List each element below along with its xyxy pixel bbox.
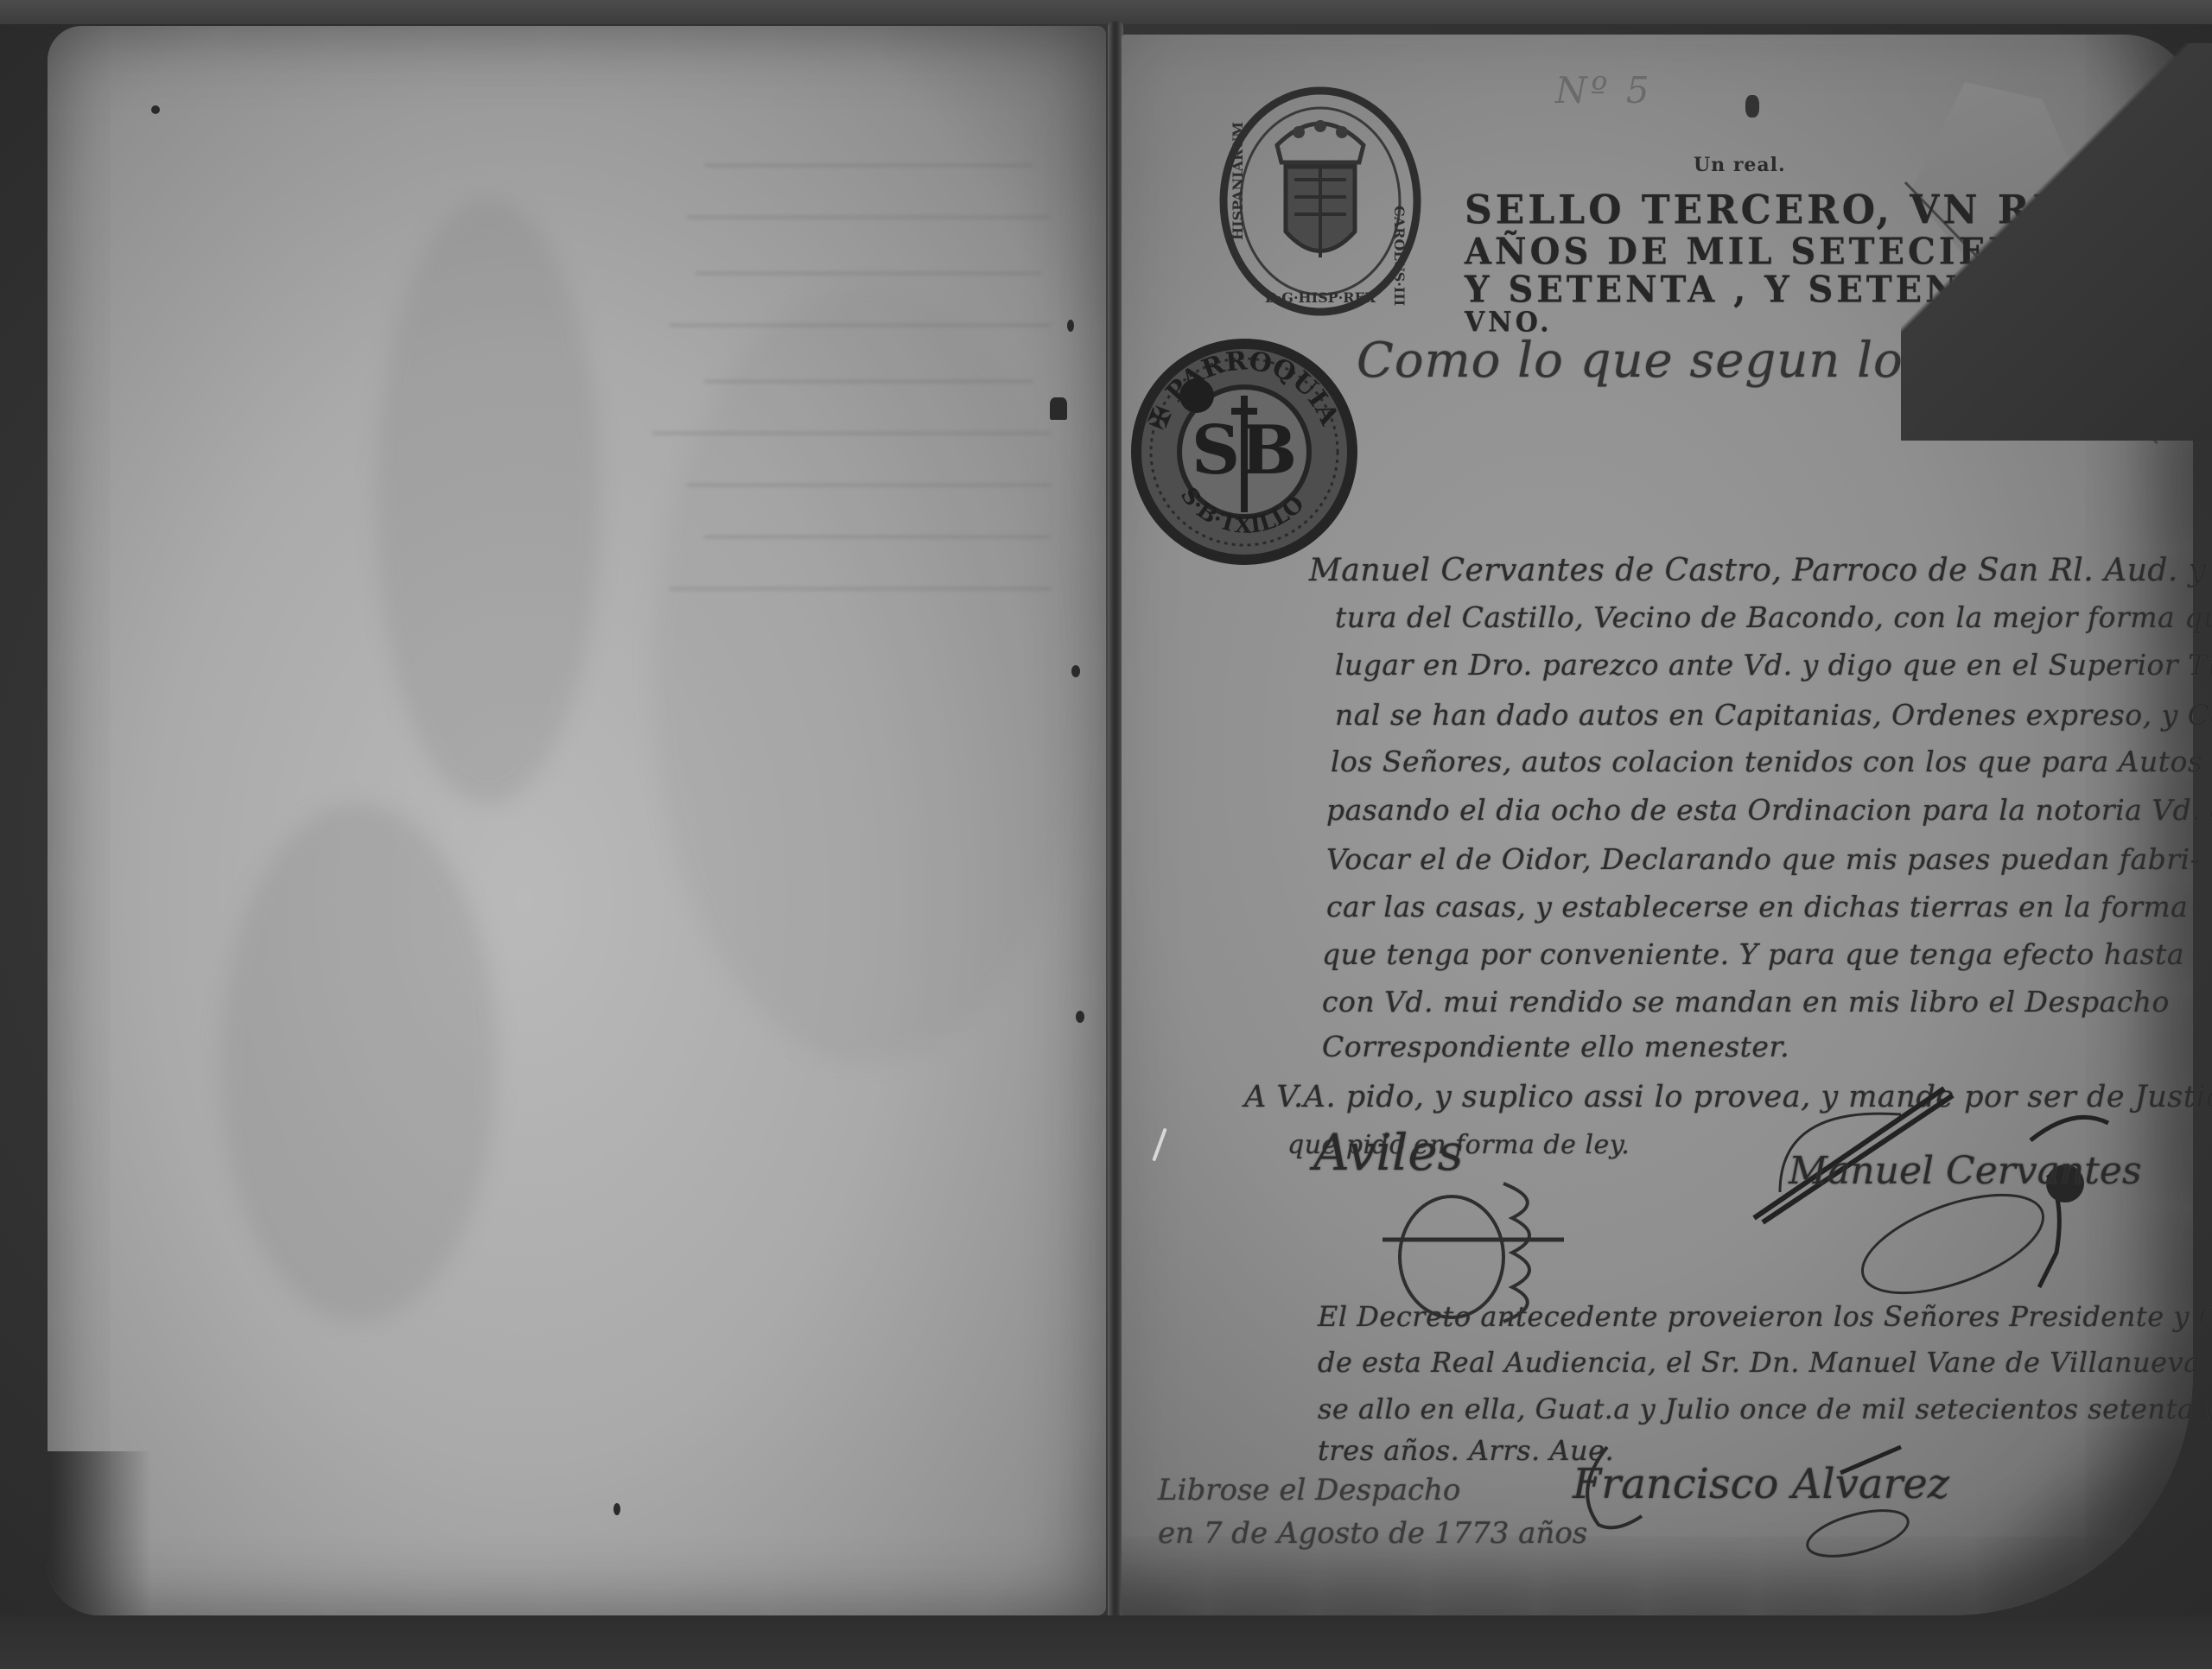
left-page-blank — [48, 26, 1106, 1615]
show-through-line — [687, 216, 1050, 219]
petition-line: nal se han dado autos en Capitanias, Ord… — [1335, 698, 2212, 732]
petition-line: Vocar el de Oidor, Declarando que mis pa… — [1326, 842, 2200, 876]
svg-text:HISPANIARUM: HISPANIARUM — [1230, 122, 1246, 240]
stamp-line-2: AÑOS DE MIL SETECIENTOS — [1465, 231, 2114, 273]
stamp-line-3: Y SETENTA , Y SETENTA Y — [1465, 269, 2062, 311]
stamp-value: Un real. — [1694, 154, 1786, 176]
ink-speck — [151, 105, 160, 114]
ink-speck — [1076, 1011, 1084, 1023]
petition-line: Correspondiente ello menester. — [1322, 1030, 1789, 1063]
petition-line: lugar en Dro. parezco ante Vd. y digo qu… — [1335, 648, 2212, 682]
page-edge-shadow — [48, 1451, 151, 1615]
show-through-line — [696, 272, 1041, 275]
ink-speck — [1071, 665, 1080, 677]
petition-line: con Vd. mui rendido se mandan en mis lib… — [1322, 985, 2170, 1019]
show-through-line — [704, 164, 1033, 167]
film-border-top — [0, 0, 2212, 24]
stamp-line-1: SELLO TERCERO, VN REAL, — [1465, 187, 2145, 234]
petition-line: que tenga por conveniente. Y para que te… — [1322, 937, 2184, 971]
film-border-bottom — [0, 1615, 2212, 1669]
svg-text:D·G·HISP·REX: D·G·HISP·REX — [1265, 289, 1376, 306]
footnote-line-2: en 7 de Agosto de 1773 años — [1158, 1516, 1587, 1551]
water-stain — [376, 199, 601, 803]
signature-cervantes: Manuel Cervantes — [1789, 1149, 2142, 1193]
scanned-document-spread: Nº 5 D·G·HISP·REX CAROLUS·III HISPANIARU… — [0, 0, 2212, 1669]
petition-line: Manuel Cervantes de Castro, Parroco de S… — [1309, 553, 2212, 588]
water-stain — [220, 803, 497, 1322]
parish-seal-icon: SB ✠ PARROQUIA S·B·TXILLO — [1128, 335, 1361, 568]
show-through-line — [704, 536, 1050, 538]
petition-line: car las casas, y establecerse en dichas … — [1326, 890, 2188, 923]
handwritten-heading: Como lo que segun lo Decreto — [1357, 333, 2120, 389]
ink-speck — [613, 1503, 620, 1515]
show-through-area — [652, 285, 1084, 1063]
reference-number: Nº 5 — [1555, 69, 1653, 111]
acta-line: El Decreto antecedente proveieron los Se… — [1318, 1300, 2212, 1333]
notary-flourish-icon — [1564, 1438, 1927, 1568]
acta-line: se allo en ella, Guat.a y Julio once de … — [1318, 1393, 2212, 1425]
petition-line: pasando el dia ocho de esta Ordinacion p… — [1326, 793, 2212, 827]
petition-line: los Señores, autos colacion tenidos con … — [1331, 745, 2212, 778]
show-through-line — [670, 587, 1050, 590]
show-through-line — [652, 432, 1050, 435]
ink-blot — [1050, 397, 1067, 420]
acta-line: de esta Real Audiencia, el Sr. Dn. Manue… — [1318, 1346, 2212, 1379]
ink-blot — [1745, 95, 1759, 117]
show-through-line — [670, 324, 1050, 327]
royal-seal-icon: D·G·HISP·REX CAROLUS·III HISPANIARUM — [1217, 85, 1424, 318]
show-through-line — [704, 380, 1033, 383]
ink-speck — [1067, 320, 1074, 332]
show-through-line — [687, 484, 1050, 486]
petition-line: tura del Castillo, Vecino de Bacondo, co… — [1335, 600, 2212, 634]
svg-text:CAROLUS·III: CAROLUS·III — [1391, 206, 1408, 306]
footnote-line-1: Librose el Despacho — [1158, 1473, 1460, 1507]
